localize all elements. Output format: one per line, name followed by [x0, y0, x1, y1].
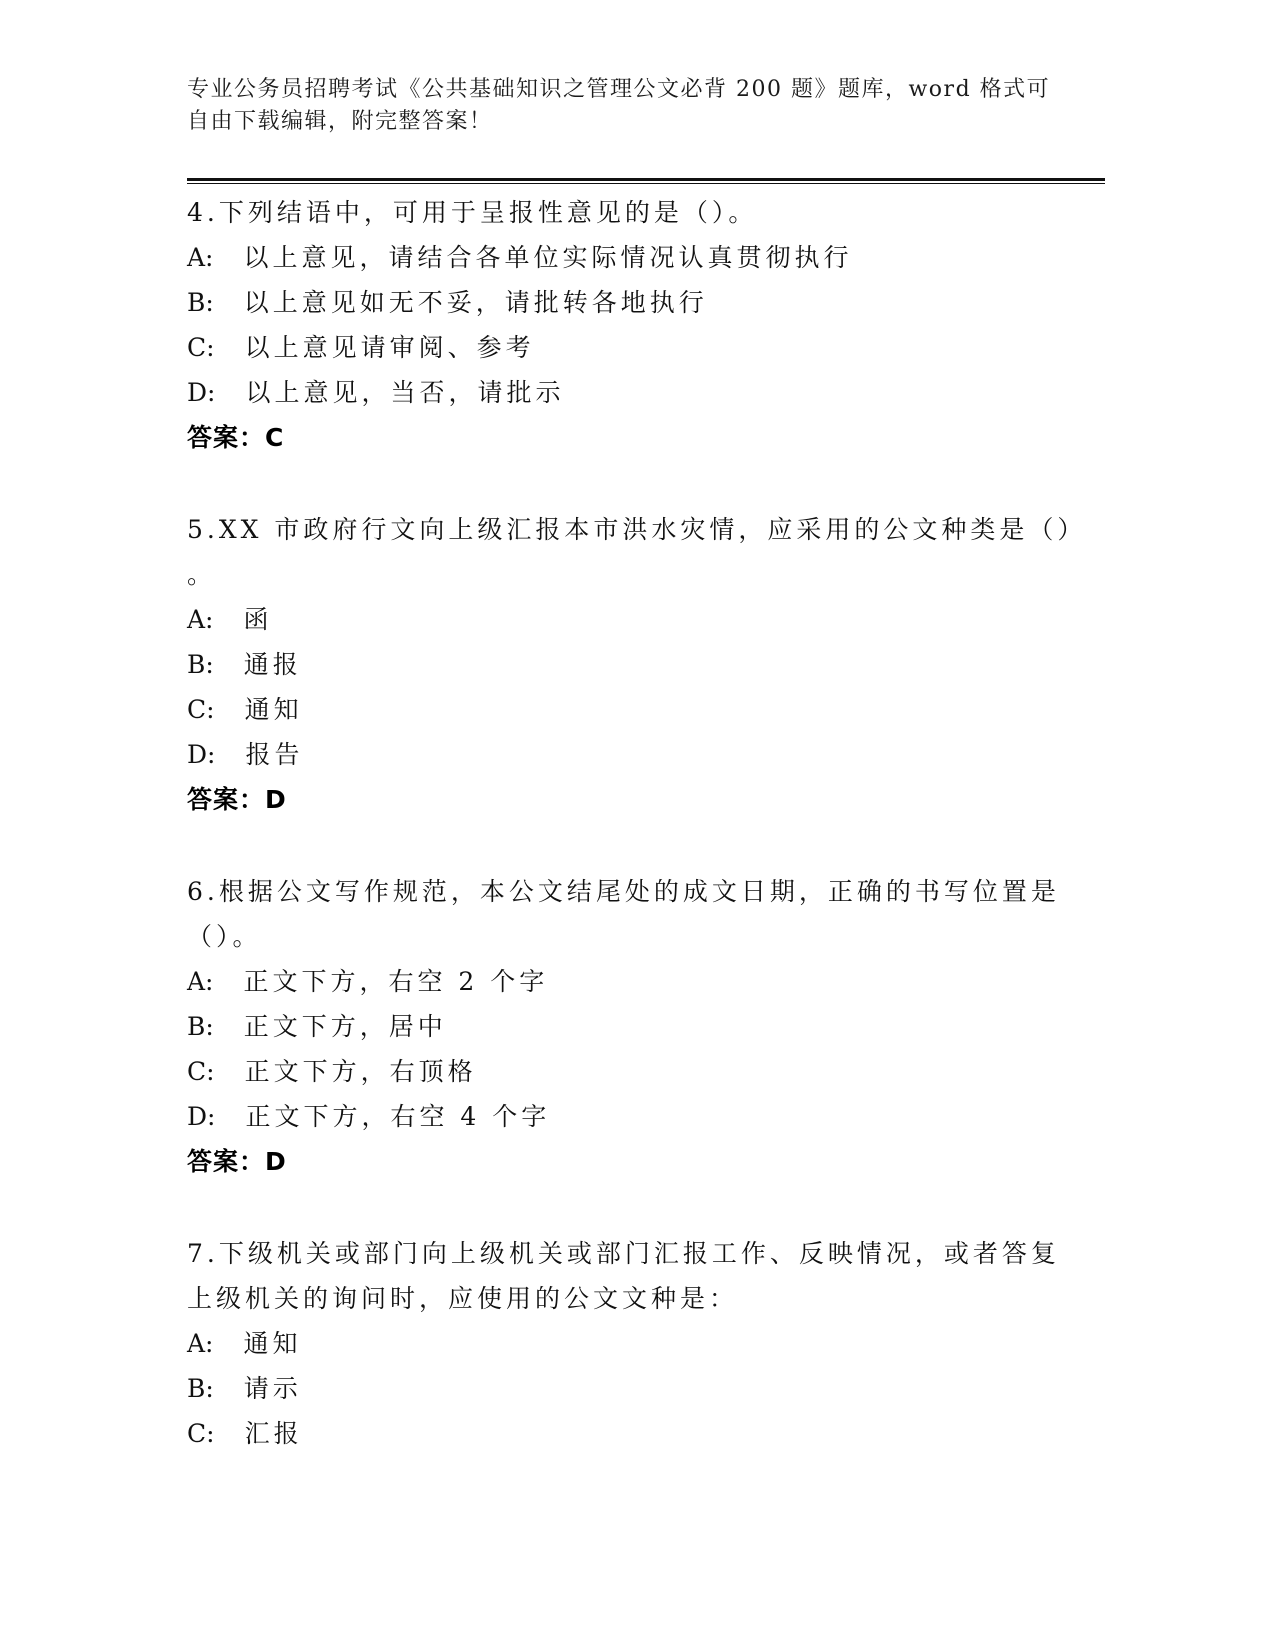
- question-block: 4.下列结语中，可用于呈报性意见的是（）。A:以上意见，请结合各单位实际情况认真…: [187, 190, 1067, 460]
- question-text: 7.下级机关或部门向上级机关或部门汇报工作、反映情况，或者答复: [187, 1231, 1067, 1276]
- option-letter: A:: [187, 605, 213, 634]
- option-row: B:正文下方，居中: [187, 1004, 1067, 1049]
- option-row: D:以上意见，当否，请批示: [187, 370, 1067, 415]
- option-letter: C:: [187, 1419, 215, 1448]
- option-text: 汇报: [245, 1419, 303, 1448]
- question-block: 7.下级机关或部门向上级机关或部门汇报工作、反映情况，或者答复上级机关的询问时，…: [187, 1231, 1067, 1456]
- option-letter: C:: [187, 333, 215, 362]
- option-text: 以上意见如无不妥，请批转各地执行: [244, 288, 708, 317]
- option-text: 通知: [243, 1329, 301, 1358]
- option-row: C:汇报: [187, 1411, 1067, 1456]
- option-text: 正文下方，居中: [244, 1012, 447, 1041]
- option-letter: D:: [187, 740, 215, 769]
- option-row: A:函: [187, 597, 1067, 642]
- option-letter: A:: [187, 243, 213, 272]
- question-block: 6.根据公文写作规范，本公文结尾处的成文日期，正确的书写位置是（）。A:正文下方…: [187, 869, 1067, 1184]
- divider-thin-line: [187, 183, 1105, 184]
- header-line: 自由下载编辑，附完整答案！: [187, 106, 1067, 138]
- option-row: D:正文下方，右空 4 个字: [187, 1094, 1067, 1139]
- question-text: 上级机关的询问时，应使用的公文文种是：: [187, 1276, 1067, 1321]
- option-text: 通报: [244, 650, 302, 679]
- question-text: （）。: [187, 914, 1067, 959]
- answer-label: 答案：D: [187, 1139, 1067, 1184]
- option-row: C:通知: [187, 687, 1067, 732]
- option-text: 函: [243, 605, 272, 634]
- option-letter: C:: [187, 695, 215, 724]
- option-letter: A:: [187, 967, 213, 996]
- option-text: 以上意见，当否，请批示: [245, 378, 564, 407]
- option-row: C:以上意见请审阅、参考: [187, 325, 1067, 370]
- option-text: 以上意见，请结合各单位实际情况认真贯彻执行: [243, 243, 852, 272]
- question-block: 5.XX 市政府行文向上级汇报本市洪水灾情，应采用的公文种类是（）。A:函B:通…: [187, 507, 1067, 822]
- document-header: 专业公务员招聘考试《公共基础知识之管理公文必背 200 题》题库，word 格式…: [187, 74, 1067, 138]
- option-row: C:正文下方，右顶格: [187, 1049, 1067, 1094]
- option-text: 正文下方，右空 4 个字: [245, 1102, 550, 1131]
- question-text: 5.XX 市政府行文向上级汇报本市洪水灾情，应采用的公文种类是（）: [187, 507, 1067, 552]
- option-letter: B:: [187, 1374, 214, 1403]
- question-text: 6.根据公文写作规范，本公文结尾处的成文日期，正确的书写位置是: [187, 869, 1067, 914]
- option-text: 以上意见请审阅、参考: [245, 333, 535, 362]
- question-text: 4.下列结语中，可用于呈报性意见的是（）。: [187, 190, 1067, 235]
- option-letter: A:: [187, 1329, 213, 1358]
- option-row: B:以上意见如无不妥，请批转各地执行: [187, 280, 1067, 325]
- answer-label: 答案：D: [187, 777, 1067, 822]
- option-letter: D:: [187, 1102, 215, 1131]
- option-text: 报告: [245, 740, 303, 769]
- question-list: 4.下列结语中，可用于呈报性意见的是（）。A:以上意见，请结合各单位实际情况认真…: [187, 190, 1067, 1503]
- option-text: 正文下方，右顶格: [245, 1057, 477, 1086]
- option-text: 请示: [244, 1374, 302, 1403]
- divider-thick-line: [187, 178, 1105, 181]
- header-divider: [187, 178, 1105, 185]
- option-row: D:报告: [187, 732, 1067, 777]
- header-line: 专业公务员招聘考试《公共基础知识之管理公文必背 200 题》题库，word 格式…: [187, 74, 1067, 106]
- option-text: 正文下方，右空 2 个字: [243, 967, 548, 996]
- option-letter: B:: [187, 288, 214, 317]
- option-row: A:以上意见，请结合各单位实际情况认真贯彻执行: [187, 235, 1067, 280]
- question-text: 。: [187, 552, 1067, 597]
- document-page: 专业公务员招聘考试《公共基础知识之管理公文必背 200 题》题库，word 格式…: [0, 0, 1275, 1650]
- option-row: A:通知: [187, 1321, 1067, 1366]
- option-letter: B:: [187, 650, 214, 679]
- option-row: B:请示: [187, 1366, 1067, 1411]
- option-row: B:通报: [187, 642, 1067, 687]
- option-text: 通知: [245, 695, 303, 724]
- option-row: A:正文下方，右空 2 个字: [187, 959, 1067, 1004]
- answer-label: 答案：C: [187, 415, 1067, 460]
- option-letter: C:: [187, 1057, 215, 1086]
- option-letter: B:: [187, 1012, 214, 1041]
- option-letter: D:: [187, 378, 215, 407]
